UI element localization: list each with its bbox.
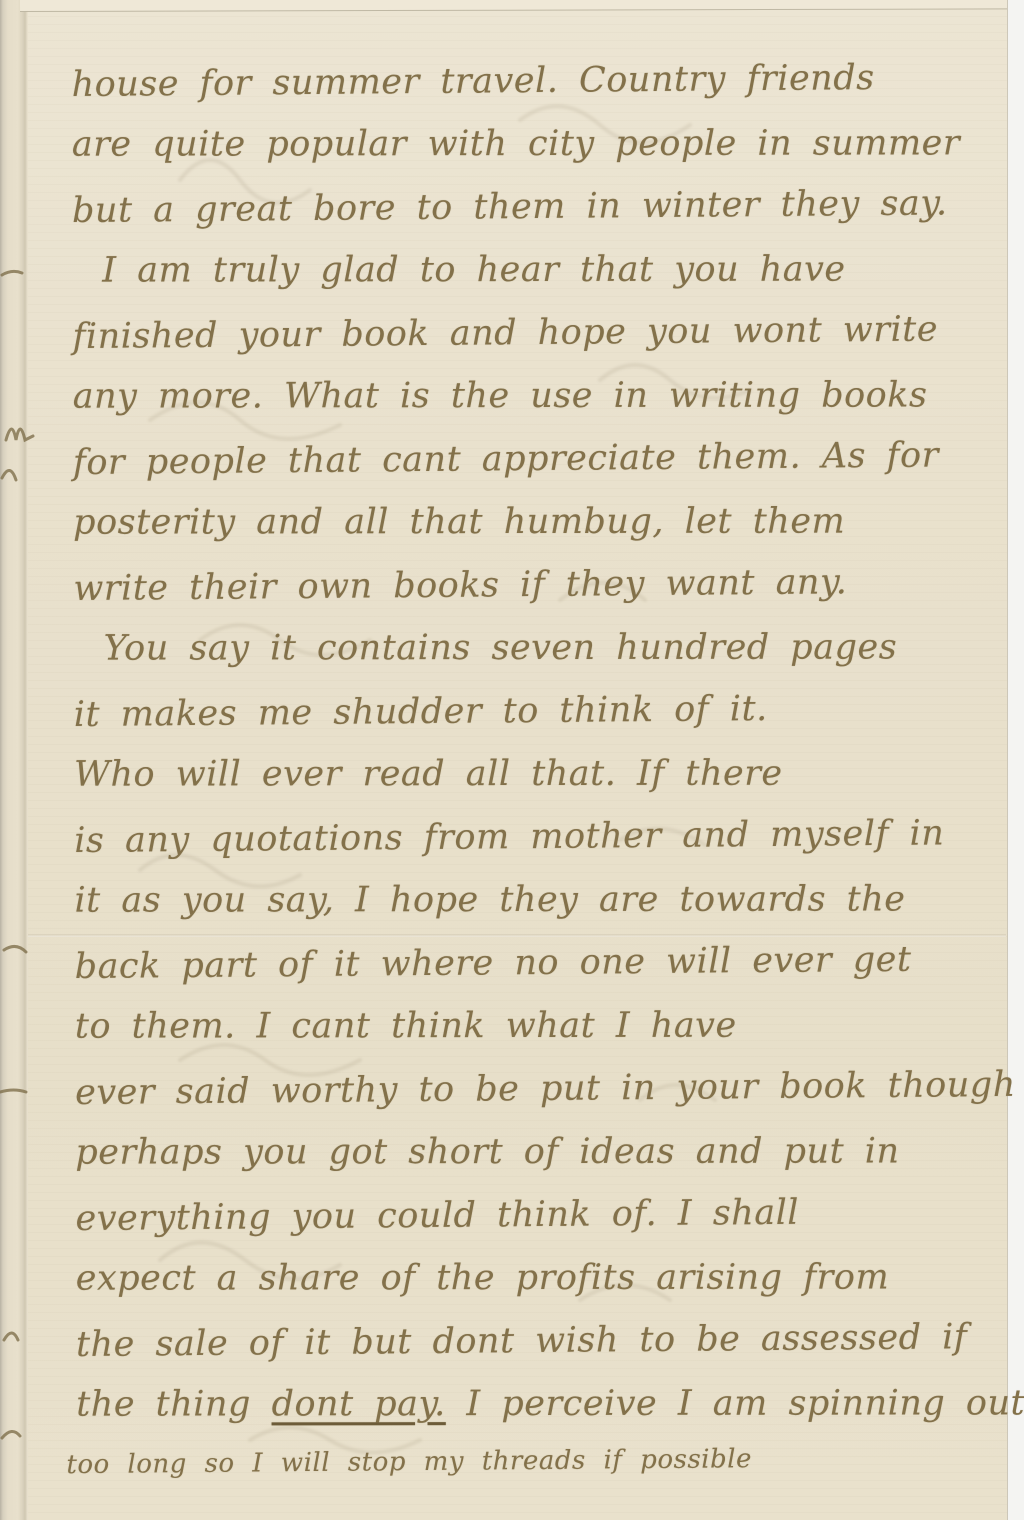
handwritten-line: for people that cant appreciate them. As… bbox=[73, 424, 1004, 495]
handwritten-line: expect a share of the profits arising fr… bbox=[76, 1246, 1006, 1310]
handwritten-line: the sale of it but dont wish to be asses… bbox=[76, 1306, 1007, 1377]
handwritten-line: to them. I cant think what I have bbox=[75, 994, 1005, 1058]
handwritten-line: but a great bore to them in winter they … bbox=[72, 172, 1003, 243]
underlying-page-edge bbox=[0, 0, 28, 1520]
handwritten-line: I am truly glad to hear that you have bbox=[72, 238, 1002, 302]
handwritten-line: are quite popular with city people in su… bbox=[72, 112, 1002, 176]
phrase-after-underline: I perceive I am spinning out bbox=[446, 1383, 1024, 1424]
handwritten-line: it makes me shudder to think of it. bbox=[74, 676, 1005, 747]
scanner-background-strip bbox=[1007, 0, 1024, 1520]
handwritten-line: the thing dont pay. I perceive I am spin… bbox=[76, 1372, 1006, 1436]
scanned-letter-page: house for summer travel. Country friends… bbox=[0, 0, 1024, 1520]
handwritten-line: posterity and all that humbug, let them bbox=[73, 490, 1003, 554]
handwritten-line: house for summer travel. Country friends bbox=[71, 46, 1002, 117]
handwritten-line: too long so I will stop my threads if po… bbox=[66, 1432, 1006, 1490]
underlined-phrase: dont pay. bbox=[272, 1384, 446, 1424]
handwritten-line: perhaps you got short of ideas and put i… bbox=[75, 1120, 1005, 1184]
handwritten-line: is any quotations from mother and myself… bbox=[74, 802, 1005, 873]
handwritten-line: ever said worthy to be put in your book … bbox=[75, 1054, 1006, 1125]
handwritten-line: back part of it where no one will ever g… bbox=[74, 928, 1005, 999]
handwritten-line: You say it contains seven hundred pages bbox=[74, 616, 1004, 680]
handwritten-line: any more. What is the use in writing boo… bbox=[73, 364, 1003, 428]
letter-body: house for summer travel. Country friends… bbox=[71, 48, 1006, 1487]
handwritten-line: everything you could think of. I shall bbox=[75, 1180, 1006, 1251]
handwritten-line: it as you say, I hope they are towards t… bbox=[74, 868, 1004, 932]
handwritten-line: write their own books if they want any. bbox=[73, 550, 1004, 621]
phrase-before-underline: the thing bbox=[76, 1384, 271, 1424]
handwritten-line: finished your book and hope you wont wri… bbox=[72, 298, 1003, 369]
handwritten-line: Who will ever read all that. If there bbox=[74, 742, 1004, 806]
